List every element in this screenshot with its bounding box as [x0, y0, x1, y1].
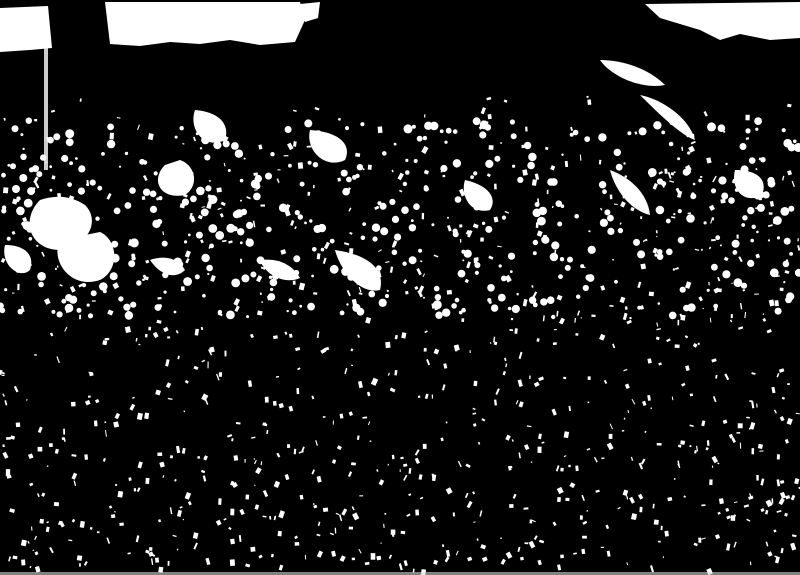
background: [0, 0, 800, 575]
post-dark: [90, 0, 104, 50]
plant-scene: [0, 0, 800, 575]
photo: [0, 0, 800, 575]
post: [44, 40, 48, 170]
